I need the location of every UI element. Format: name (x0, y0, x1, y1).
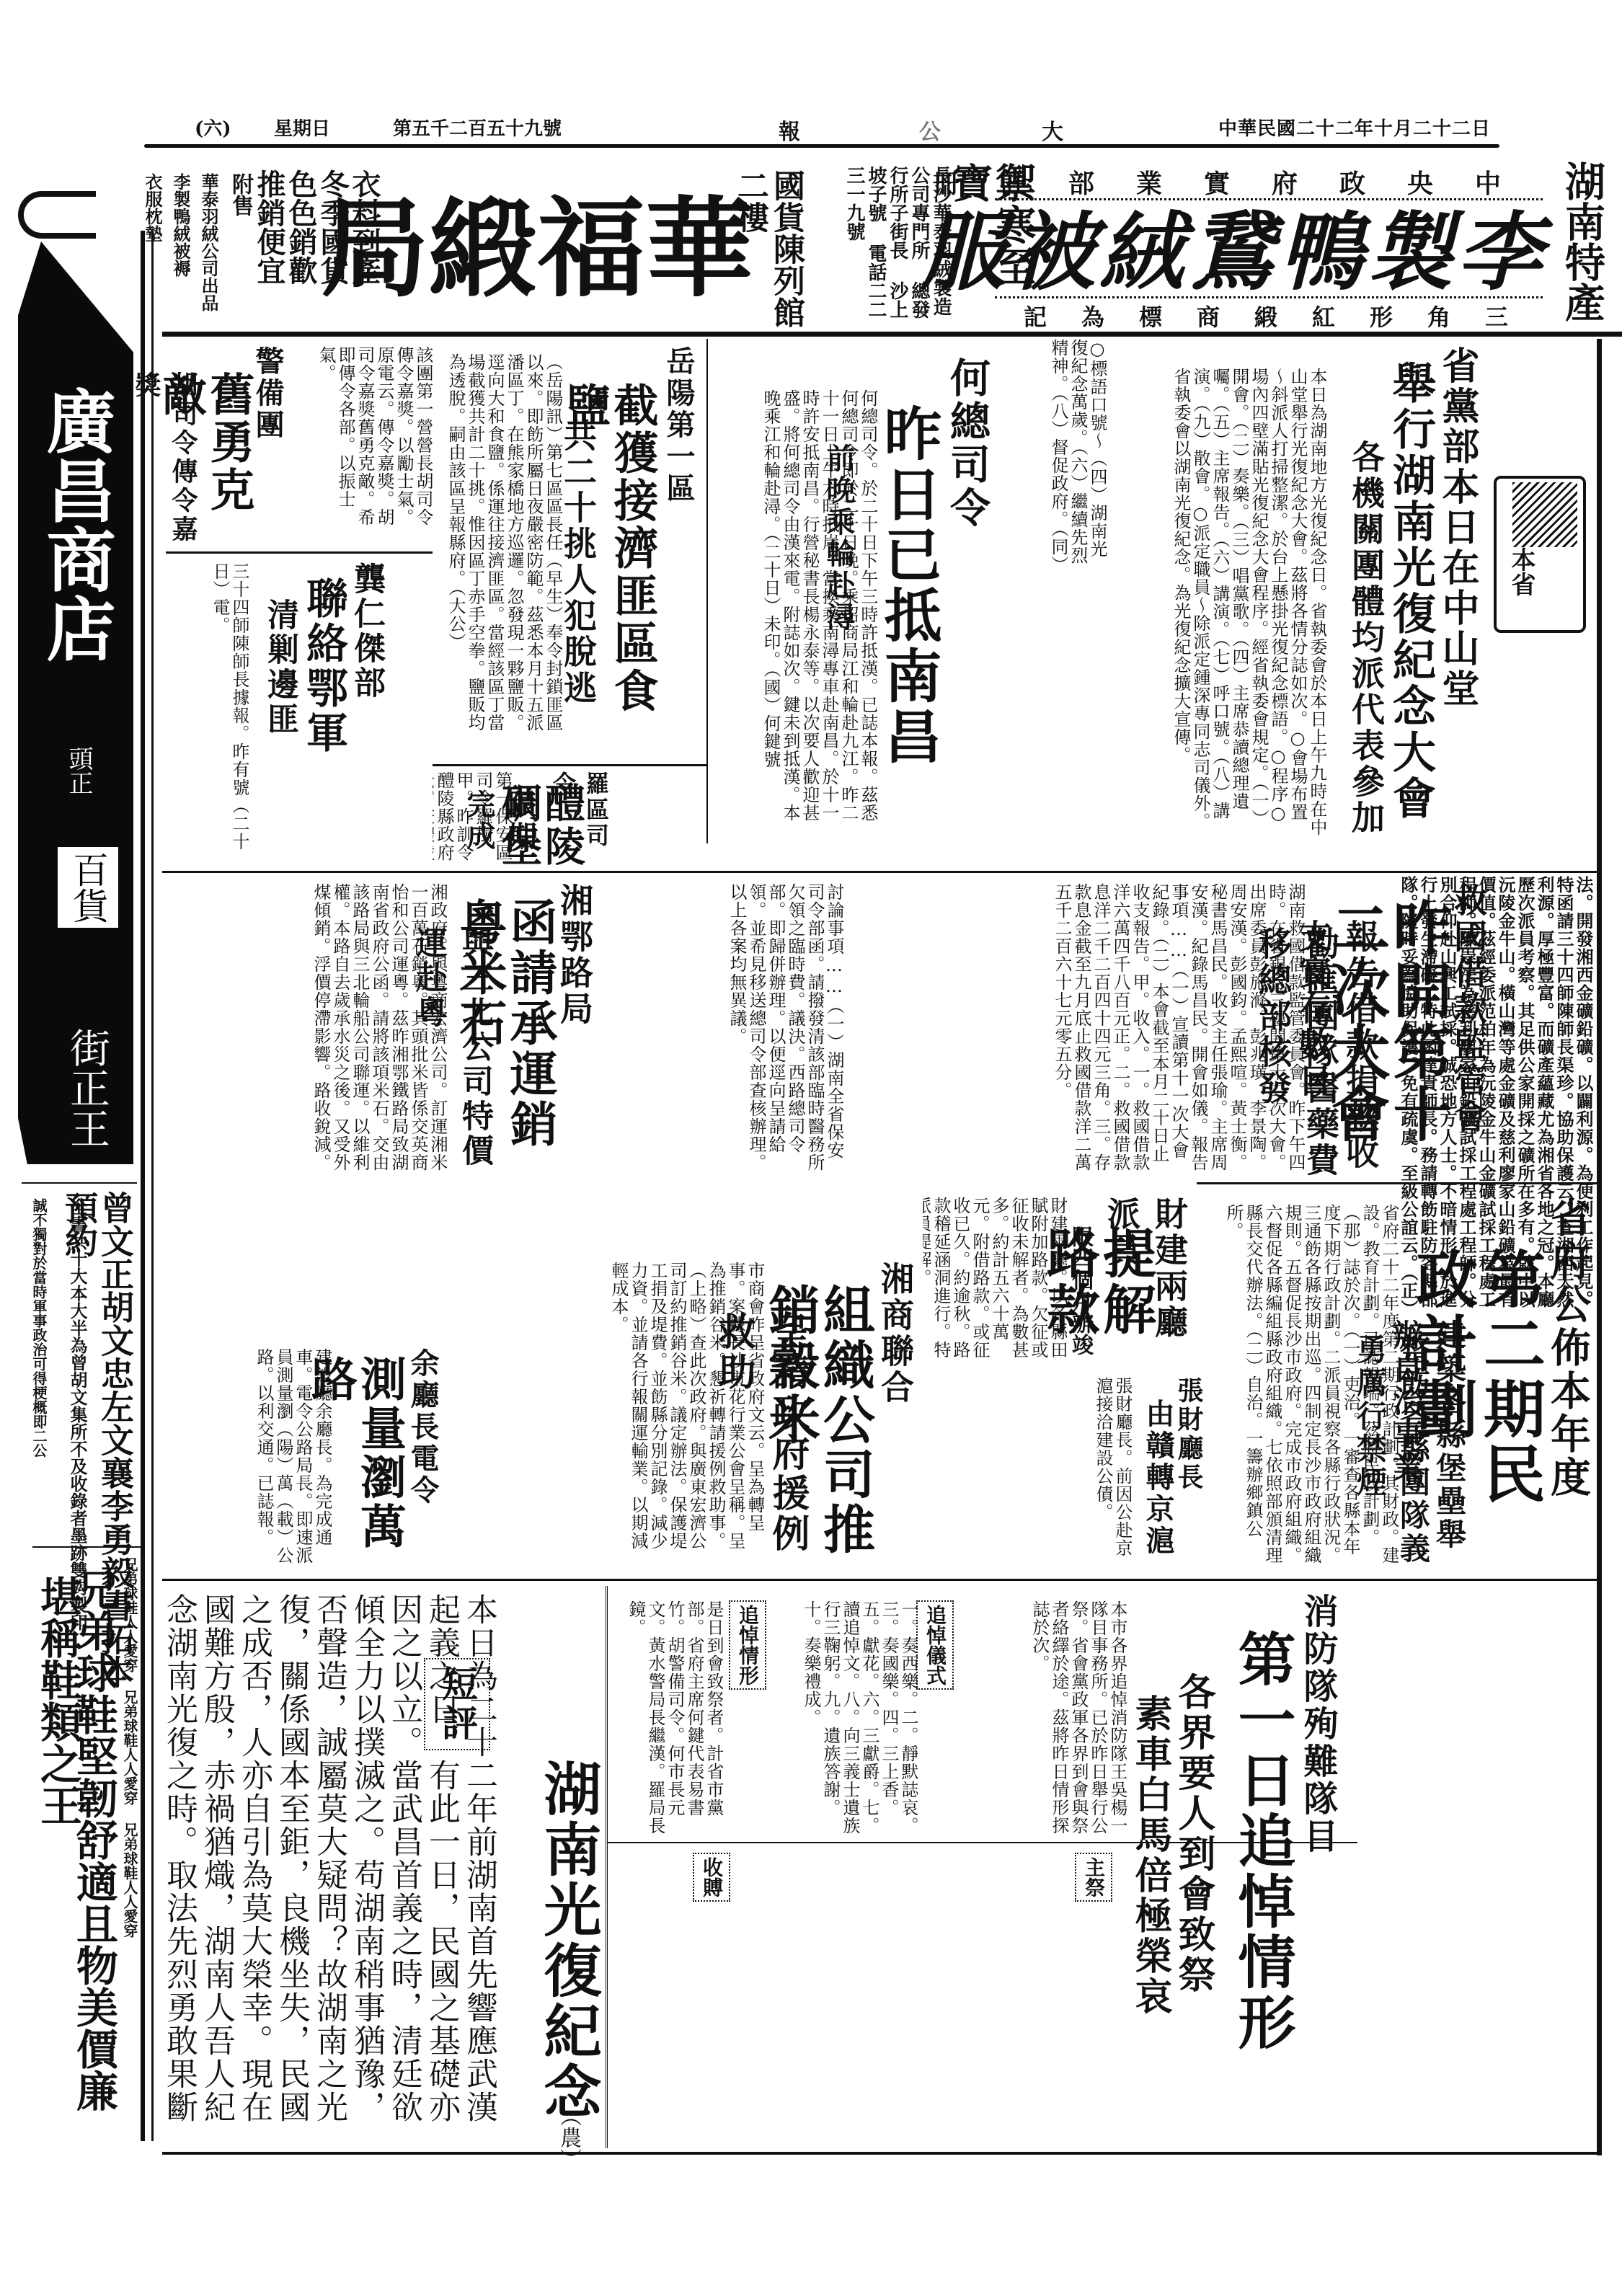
ad-brothers-shoes: 兄弟球鞋人人愛穿 兄弟球鞋人人愛穿 兄弟球鞋人人愛穿 兄弟球鞋堅韌舒適且物美價廉… (22, 1553, 144, 2152)
pagoda-illustration-icon (1512, 482, 1577, 547)
logo-emblem-icon (18, 191, 96, 239)
ceremony-steps: 一。奏西樂。二。靜默誌哀。三。奏國樂。四。三上香。五。獻花。六。三獻爵。七。讀追… (781, 1600, 918, 1838)
wavy-rule (995, 296, 1543, 298)
article-body: 本日為二十二年前湖南首先響應武漢起義之日，有此一日，民國之基礎亦因之以立。當武昌… (166, 1593, 497, 2141)
article-body: （岳陽訊）第七區區長任（早生）奉令封鎖匪區以來。即飭所屬日夜嚴密防範。茲悉本月十… (433, 353, 562, 743)
issue-date: 中華民國二十二年十月二十二日 (1218, 114, 1491, 141)
article-yu-survey: 余廳長電令 測量瀏萬路 建設廳余廳長。為完成通車。電令公路局長。即速派員測量瀏（… (166, 1341, 447, 1572)
page-number: (六) (195, 114, 231, 141)
article-headline: 湖南光復紀念 (538, 1759, 598, 2134)
ad-slogan: 衣料到產 (350, 169, 378, 328)
masthead: (六) 星期日 第五千二百五十九號 報 公 大 中華民國二十二年十月二十二日 (0, 114, 1622, 143)
article-body: 何總司令。於二十日下午三時許抵漢。已誌本報。茲悉何總司令即於二十日晚。乘招商局江… (712, 389, 877, 822)
ad-huafu-slogans: 衣料到產 冬季國貨 色色銷歡 推銷便宜 (260, 169, 378, 328)
divider (433, 764, 706, 766)
paper-name-char-3: 報 (779, 114, 800, 146)
article-he-commander: 何總司令 昨日已抵南昌 前晚乘輪赴潯 何總司令。於二十日下午三時許抵漢。已誌本報… (706, 339, 996, 843)
issue-number: 第五千二百五十九號 (393, 114, 562, 141)
article-headline: 由贛轉京滬 (1138, 1399, 1179, 1557)
ad-trademark-line: 三角形紅緞商標為記 (1009, 299, 1543, 332)
masthead-rule (144, 144, 1499, 148)
frame-rule-mid (162, 871, 1597, 873)
ad-slogan: 冬季國貨 (318, 169, 347, 328)
frame-rule-top (162, 332, 1597, 334)
ad-huafu-attached: 附售 華泰羽絨公司出品 李製鴨絨被褥 衣服枕墊 (166, 173, 256, 328)
article-discussion: 討論事項……（一）湖南全省保安司令部函。請撥發清該部臨時醫務所欠領之臨時費。議決… (598, 883, 843, 1171)
ad-slogan: 色色銷歡 (286, 169, 315, 328)
ceremony-label: 追悼儀式 (916, 1600, 954, 1690)
article-zhang-director: 張財廳長 由贛轉京滬 (1139, 1377, 1211, 1572)
ad-guangchang-street: 街正王 (58, 1027, 115, 1148)
article-gong-renjie: 聯絡鄂軍 清剿邊匪 龔仁傑部 三十四師陳師長據報。昨有號（二十日）電。 (166, 555, 433, 858)
divider (166, 551, 433, 554)
paper-name-char-1: 大 (1042, 114, 1063, 146)
section-tag: 本省 (1504, 547, 1539, 596)
paper-name-char-2: 公 (919, 114, 941, 146)
article-body: 三十四師陳師長據報。昨有號（二十日）電。 (169, 562, 249, 851)
ad-brand-li-duck-down: 李製鴨鵞絨被服 (998, 202, 1546, 303)
situation-label: 追悼情形 (729, 1600, 766, 1690)
ad-attached-sale: 附售 (224, 173, 256, 328)
editorial-author: （農） (552, 2105, 584, 2170)
divider (1197, 1182, 1597, 1184)
divider (32, 1546, 141, 1548)
article-slogans: ○標語口號～（四）湖南光復紀念萬歲。（六）繼續先烈精神。（八）督促政府。（同） (998, 339, 1107, 569)
article-body: 財建兩廳。以各縣田賦附加路款。欠征或征收未解者。為數甚多。約計五六十萬元。附借路… (923, 1197, 1067, 1362)
article-editorial: 短評 湖南光復紀念 （農） 本日為二十二年前湖南首先響應武漢起義之日，有此一日，… (166, 1586, 598, 2148)
article-liling-blockhouses: 羅區司令 醴陵碉堡 限期完成 第一保安區司令羅樹甲。昨訓令醴陵縣政府云。查醴陵境… (433, 768, 706, 869)
article-rice-company: 湘商聯合 組織公司推銷穀米 呈請政府援例救助 市商會昨呈省政府文云。呈為轉呈事。… (447, 1254, 923, 1572)
article-body: 湖南救國借款監管委員會。昨下午四時。在省銀行三樓開第十二次大會。出席委員彭施滌。… (858, 883, 1305, 1171)
article-subhead: 胡司令傳令嘉獎 (128, 371, 202, 548)
ad-slogan: 推銷便宜 (254, 169, 283, 328)
article-subhead-2: 素車白馬倍極榮哀 (1123, 1694, 1177, 2055)
article-hunan-recovery-meeting: 本省 省黨部本日在中山堂 舉行湖南光復紀念大會 各機關團體均派代表參加 本日為湖… (1110, 339, 1593, 843)
article-headline: 聯絡鄂軍 (301, 577, 346, 755)
article-headline: 何總司令 (946, 357, 989, 530)
chief-mourner-label: 主祭 (1075, 1853, 1112, 1902)
ad-shoes-repeat: 兄弟球鞋人人愛穿 兄弟球鞋人人愛穿 兄弟球鞋人人愛穿 (120, 1557, 141, 2141)
section-tag: 余廳長電令 (402, 1348, 443, 1507)
ad-tag-hunan-specialty: 湖南特產 (1557, 161, 1608, 327)
weekday: 星期日 (274, 114, 330, 141)
ad-huafu-satin: 國貨陳列館 二樓 華福緞局 衣料到產 冬季國貨 色色銷歡 推銷便宜 附售 華泰羽… (162, 155, 829, 337)
section-tag: 湘商聯合 (872, 1262, 919, 1406)
section-tag: 岳陽第一區 (658, 346, 699, 505)
condolence-label: 收賻 (693, 1853, 730, 1902)
ad-hunan-specialty: 湖南特產 中央政府實業部註冊 李製鴨鵞絨被服 三角形紅緞商標為記 禦寒至寶 長沙… (829, 155, 1622, 337)
divider (608, 1842, 1357, 1843)
article-body: 省府二十二年度第二期行政計劃。其財政。建設。教育計劃。已誌報端。茲將民政計劃。（… (1197, 1204, 1399, 1564)
article-road-funds: 財建兩廳派員 提解路款 限四個月辦竣 財建兩廳。以各縣田賦附加路款。欠征或征收未… (923, 1189, 1197, 1370)
article-yueyang-salt: 岳陽第一區 截獲接濟匪區食鹽 共二十挑人犯脫逃 （岳陽訊）第七區區長任（早生）奉… (433, 339, 706, 757)
ad-attached-item: 李製鴨絨被褥 (168, 173, 193, 328)
article-subhead: 各機關團體均派代表參加 (1348, 440, 1384, 843)
ad-attached-item: 華泰羽絨公司出品 (196, 173, 221, 328)
article-body: 第一保安區司令羅樹甲。昨訓令醴陵縣政府云。查醴陵境內各處碉堡。前經本部限期完成。… (433, 771, 512, 865)
ad-guangchang-store: 廣昌商店 百貨 頭正 街正王 (18, 241, 133, 1164)
article-zhang-body: 張財廳長。前因公赴京滬接洽建設公債。 (923, 1377, 1132, 1572)
ad-guangchang-tag2: 頭正 (61, 746, 97, 795)
article-praise-jiu-yongke: 警備團 舊勇克敵 胡司令傳令嘉獎 該團第一營營長胡司令傳令嘉獎。以勵士氣。原電云… (166, 339, 433, 548)
ad-registration-line: 中央政府實業部註冊 (1009, 164, 1543, 200)
ad-calligraphy-preorder: 曾文正胡文忠左文襄李勇毅書拓本預約 全書共十大本大半為曾胡文集所不及收錄者墨跡雙… (22, 1182, 137, 1458)
section-tag: 龔仁傑部 (343, 562, 389, 701)
ad-warmth-slogan: 禦寒至寶 (948, 162, 1034, 328)
wavy-rule (995, 198, 1543, 200)
article-headline-2: 舉行湖南光復紀念大會 (1387, 360, 1435, 843)
article-headline: 省黨部本日在中山堂 (1436, 346, 1478, 843)
article-body: 市商會昨呈省政府文云。呈為轉呈事。案據長沙市花行業公會呈稱。呈為推銷谷米。懇祈轉… (447, 1262, 764, 1564)
article-headline: 省府公佈本年度 (1546, 1197, 1590, 1499)
situation-body: 是日到會致祭者。計省市黨部。省府主席何鍵代表易書竹。胡警備司令。何市長元文。黃水… (608, 1600, 723, 1838)
frame-rule-right (1597, 339, 1602, 2155)
ad-shoes-sub: 堪稱鞋類之王 (36, 1575, 79, 1826)
article-civil-administration-plan: 省府公佈本年度 第二期民政計劃 建築各縣堡壘舉辦自治事業 整飭各縣團隊義勇厲行禁… (1197, 1189, 1593, 1572)
article-xiang-e-railway: 湘鄂路局 函請承運銷粵米石 與三北公司特價運赴粵 湘政府。與粵商宏濟公司。訂運湘… (166, 876, 598, 1179)
section-tag: 消防隊殉難隊目 (1293, 1593, 1343, 1856)
article-headline: 第一日追悼情形 (1232, 1629, 1293, 2062)
article-fire-brigade: 消防隊殉難隊目 第一日追悼情形 各界要人到會致祭 素車白馬倍極榮哀 本市各界追悼… (606, 1586, 1357, 2148)
article-relief-loan-meeting: 救國借款監管會 昨開第十二次大會 報告借款捐款收支實存數目 勸匯團隊醫藥費移總部… (598, 876, 1492, 1179)
ad-guangchang-tag: 百貨 (58, 847, 118, 928)
article-headline-2: 昨日已抵南昌 (878, 404, 939, 836)
article-body: 湘政府。與粵商宏濟公司。訂運湘米一百萬石銷粵。其頭批米皆係交英商怡和公司運粵。茲… (166, 883, 447, 1171)
ad-brand-huafu: 華福緞局 (378, 187, 753, 310)
frame-rule-bottom (162, 2152, 1600, 2155)
ad-maker-info: 長沙華泰羽絨製造 公司專門所 總發行所子街長 沙上坡子號 電話二二三一九號 (843, 166, 952, 324)
article-body: 建設廳余廳長。為完成通車。電令公路局長。即速派員測量瀏（陽）萬（載）公路。以利交… (166, 1348, 332, 1564)
article-body: 該團第一營營長胡司令傳令嘉獎。以勵士氣。原電云。傳令嘉獎。胡司令嘉獎舊勇克敵。希… (296, 346, 433, 541)
article-body: 本市各界追悼消防隊王吳楊一隊目事務所。已於昨日舉行公祭。省會黨政軍各界到會與祭者… (961, 1600, 1127, 1838)
article-subhead: 清剿邊匪 (257, 598, 303, 737)
frame-rule-lower (162, 1579, 1597, 1581)
article-body: 本日為湖南地方光復紀念日。省執委會於本日上午九時在中山堂舉行光復紀念大會。茲將各… (1110, 368, 1326, 836)
article-subhead: 限四個月辦竣 (1064, 1225, 1096, 1355)
section-tag-box: 本省 (1494, 476, 1586, 633)
